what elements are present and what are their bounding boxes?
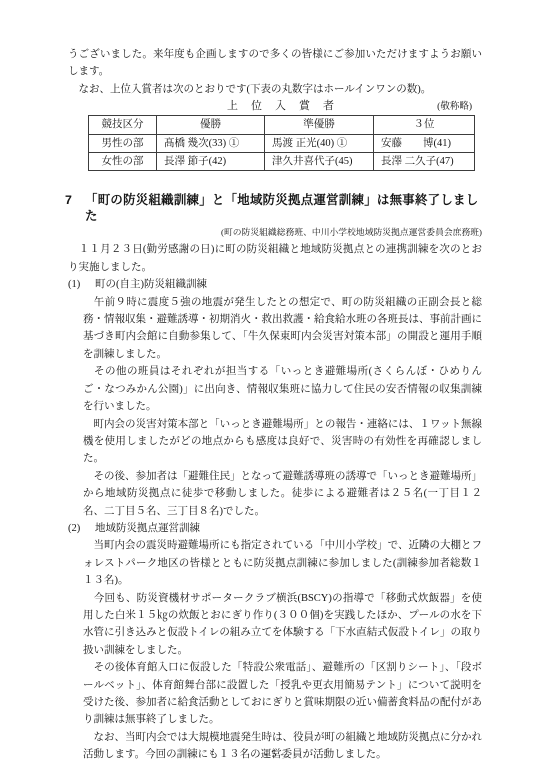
item-1-heading: (1) 町の(自主)防災組織訓練: [68, 276, 482, 293]
col-header-first-place: 優勝: [157, 116, 265, 134]
item-2-heading: (2) 地域防災拠点運営訓練: [68, 520, 482, 537]
item-2-paragraph: 当町内会の震災時避難場所にも指定されている「中川小学校」で、近隣の大棚とフォレス…: [83, 537, 482, 589]
item-2-paragraph: 今回も、防災資機材サポータークラブ横浜(BSCY)の指導で「移動式炊飯器」を使用…: [83, 590, 482, 660]
winners-table-honorifics-note: (敬称略): [437, 100, 472, 115]
item-1-title: 町の(自主)防災組織訓練: [95, 276, 207, 293]
item-1-paragraph: その後、参加者は「避難住民」となって避難誘導班の誘導で「いっとき避難場所」から地…: [83, 468, 482, 520]
section7-credit-line: (町の防災組織総務班、中川小学校地域防災拠点運営委員会庶務班): [68, 226, 482, 238]
table-row-men: 男性の部 髙橋 幾次(33) ① 馬渡 正光(40) ① 安藤 博(41): [89, 134, 475, 152]
page-content: うございました。来年度も企画しますので多くの皆様にご参加いただけますようお願いし…: [68, 46, 482, 764]
intro-paragraph-winners-note: なお、上位入賞者は次のとおりです(下表の丸数字はホールインワンの数)。: [68, 81, 482, 98]
item-1-paragraph: その他の班員はそれぞれが担当する「いっとき避難場所(さくらんぼ・ひめりんご・なつ…: [83, 363, 482, 415]
winners-table-title-row: 上 位 入 賞 者 (敬称略): [88, 99, 474, 114]
table-row-women: 女性の部 長澤 節子(42) 津久井喜代子(45) 長澤 二久子(47): [89, 153, 475, 171]
col-header-third-place: ３位: [374, 116, 475, 134]
cell-women-third: 長澤 二久子(47): [374, 153, 475, 171]
cell-men-third: 安藤 博(41): [374, 134, 475, 152]
document-page: うございました。来年度も企画しますので多くの皆様にご参加いただけますようお願いし…: [0, 0, 549, 776]
winners-table-header-row: 競技区分 優勝 準優勝 ３位: [89, 116, 475, 134]
item-1-label: (1): [68, 276, 95, 293]
item-1-body: 午前９時に震度５強の地震が発生したとの想定で、町の防災組織の正副会長と総務・情報…: [83, 294, 482, 520]
col-header-category: 競技区分: [89, 116, 157, 134]
section7-heading: 7 「町の防災組織訓練」と「地域防災拠点運営訓練」は無事終了しました: [65, 192, 482, 224]
section7-number: 7: [65, 192, 85, 224]
section7-lead-paragraph: １１月２３日(勤労感謝の日)に町の防災組織と地域防災拠点との連携訓練を次のとおり…: [68, 241, 482, 276]
cell-men-first: 髙橋 幾次(33) ①: [157, 134, 265, 152]
winners-table-title: 上 位 入 賞 者: [88, 99, 474, 114]
cell-category-men: 男性の部: [89, 134, 157, 152]
item-2-body: 当町内会の震災時避難場所にも指定されている「中川小学校」で、近隣の大棚とフォレス…: [83, 537, 482, 763]
winners-table-block: 上 位 入 賞 者 (敬称略) 競技区分 優勝 準優勝 ３位 男性の部 髙橋 幾…: [88, 99, 474, 171]
item-1-paragraph: 町内会の災害対策本部と「いっとき避難場所」との報告・連絡には、１ワット無線機を使…: [83, 416, 482, 468]
winners-table: 競技区分 優勝 準優勝 ３位 男性の部 髙橋 幾次(33) ① 馬渡 正光(40…: [88, 115, 475, 171]
item-2-paragraph: その後体育館入口に仮設した「特設公衆電話」、避難所の「区割りシート」、「段ボール…: [83, 659, 482, 729]
cell-women-first: 長澤 節子(42): [157, 153, 265, 171]
cell-men-second: 馬渡 正光(40) ①: [265, 134, 374, 152]
page-number: - 5 -: [0, 749, 549, 759]
section7-title: 「町の防災組織訓練」と「地域防災拠点運営訓練」は無事終了しました: [85, 192, 482, 224]
item-2-title: 地域防災拠点運営訓練: [95, 520, 200, 537]
cell-women-second: 津久井喜代子(45): [265, 153, 374, 171]
intro-paragraph-continued: うございました。来年度も企画しますので多くの皆様にご参加いただけますようお願いし…: [68, 46, 482, 81]
item-1-paragraph: 午前９時に震度５強の地震が発生したとの想定で、町の防災組織の正副会長と総務・情報…: [83, 294, 482, 364]
cell-category-women: 女性の部: [89, 153, 157, 171]
item-2-label: (2): [68, 520, 95, 537]
col-header-second-place: 準優勝: [265, 116, 374, 134]
